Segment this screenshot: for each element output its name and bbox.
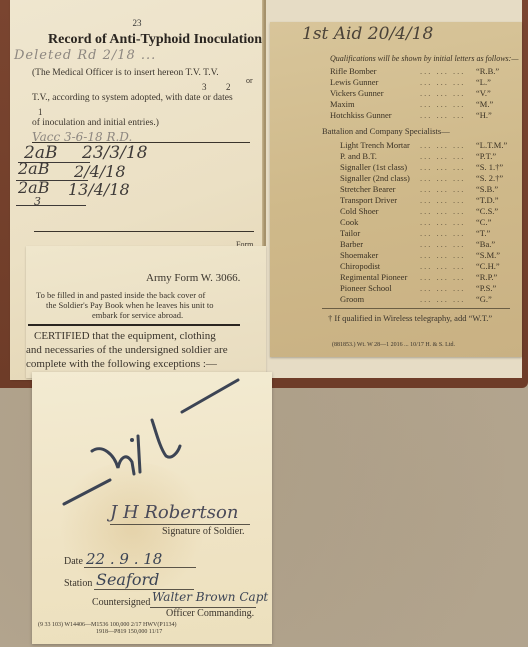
entry-date-3: 13/4/18 xyxy=(68,180,130,199)
fraction-3: 3 xyxy=(202,82,207,92)
qualification-row: Vickers Gunner... ... ...“V.” xyxy=(330,88,510,99)
station-label: Station xyxy=(64,578,92,589)
form-instruction-line-2: the Soldier's Pay Book when he leaves hi… xyxy=(46,300,214,310)
army-form-number: Army Form W. 3066. xyxy=(146,272,240,284)
qualification-row: Rifle Bomber... ... ...“R.B.” xyxy=(330,66,510,77)
qualifications-heading: Qualifications will be shown by initial … xyxy=(330,54,518,63)
specialist-row: Barber... ... ...“Ba.” xyxy=(340,239,520,250)
certified-line-1: CERTIFIED that the equipment, clothing xyxy=(34,330,216,342)
specialist-row: Shoemaker... ... ...“S.M.” xyxy=(340,250,520,261)
specialist-row: Transport Driver... ... ...“T.D.” xyxy=(340,195,520,206)
specialist-row: Light Trench Mortar... ... ...“L.T.M.” xyxy=(340,140,520,151)
date-value: 22 . 9 . 18 xyxy=(86,550,162,568)
nil-handwriting-icon xyxy=(62,376,242,506)
countersigned-label: Countersigned xyxy=(92,597,150,608)
instruction-line-2: T.V., according to system adopted, with … xyxy=(32,93,233,103)
divider xyxy=(322,308,510,309)
entry-date-2: 2/4/18 xyxy=(74,162,126,181)
divider xyxy=(28,324,240,326)
qualification-row: Lewis Gunner... ... ...“L.” xyxy=(330,77,510,88)
instruction-line-1: (The Medical Officer is to insert hereon… xyxy=(32,68,219,78)
handwritten-header: Deleted Rd 2/18 ... xyxy=(14,48,156,63)
print-code-right: (881853.) Wt. W 28—1 2016 ... 10/17 H. &… xyxy=(332,342,455,348)
station-value: Seaford xyxy=(96,570,159,589)
certified-line-3: complete with the following exceptions :… xyxy=(26,358,217,370)
wireless-footnote: † If qualified in Wireless telegraphy, a… xyxy=(328,313,492,323)
instruction-or: or xyxy=(246,76,253,85)
countersigned-value: Walter Brown Capt xyxy=(152,590,268,604)
signature-label: Signature of Soldier. xyxy=(162,526,245,537)
soldier-signature: J H Robertson xyxy=(110,502,238,523)
entry-dose-num-3: 3 xyxy=(34,195,41,208)
army-form-slip: Army Form W. 3066. To be filled in and p… xyxy=(26,246,266,378)
print-code-line-1: (9 33 103) W14406—M1536 100,000 2/17 HWV… xyxy=(38,622,177,628)
specialist-row: Tailor... ... ...“T.” xyxy=(340,228,520,239)
handwritten-first-aid: 1st Aid 20/4/18 xyxy=(302,24,433,44)
specialist-row: P. and B.T.... ... ...“P.T.” xyxy=(340,151,520,162)
inoculation-title: Record of Anti-Typhoid Inoculation xyxy=(48,32,262,48)
specialist-row: Cook... ... ...“C.” xyxy=(340,217,520,228)
qualification-row: Hotchkiss Gunner... ... ...“H.” xyxy=(330,110,510,121)
instruction-line-3: of inoculation and initial entries.) xyxy=(32,118,159,128)
officer-commanding-label: Officer Commanding. xyxy=(166,608,254,619)
certified-line-2: and necessaries of the undersigned soldi… xyxy=(26,344,228,356)
form-instruction-line-3: embark for service abroad. xyxy=(92,310,183,320)
specialist-row: Signaller (1st class)... ... ...“S. 1.†” xyxy=(340,162,520,173)
entry-underline xyxy=(16,205,86,206)
specialist-row: Signaller (2nd class)... ... ...“S. 2.†” xyxy=(340,173,520,184)
entry-date-1: 23/3/18 xyxy=(82,143,148,163)
certificate-slip: J H Robertson Signature of Soldier. Date… xyxy=(32,372,272,644)
divider xyxy=(34,231,254,232)
specialist-row: Cold Shoer... ... ...“C.S.” xyxy=(340,206,520,217)
signature-line xyxy=(110,524,250,525)
specialist-row: Regimental Pioneer... ... ...“R.P.” xyxy=(340,272,520,283)
date-line xyxy=(84,567,196,568)
page-number: 23 xyxy=(10,18,264,28)
specialist-row: Stretcher Bearer... ... ...“S.B.” xyxy=(340,184,520,195)
qualifications-page: 1st Aid 20/4/18 Qualifications will be s… xyxy=(270,22,522,357)
date-label: Date xyxy=(64,556,83,567)
print-code-line-2: 1918—P819 150,000 11/17 xyxy=(96,629,162,635)
fraction-1: 1 xyxy=(38,107,43,117)
specialist-row: Pioneer School... ... ...“P.S.” xyxy=(340,283,520,294)
form-instruction-line-1: To be filled in and pasted inside the ba… xyxy=(36,290,205,300)
specialists-heading: Battalion and Company Specialists— xyxy=(322,126,450,136)
qualification-row: Maxim... ... ...“M.” xyxy=(330,99,510,110)
fraction-2: 2 xyxy=(226,82,231,92)
specialist-row: Groom... ... ...“G.” xyxy=(340,294,520,305)
specialist-row: Chiropodist... ... ...“C.H.” xyxy=(340,261,520,272)
entry-dose-2: 2aB xyxy=(18,159,49,178)
